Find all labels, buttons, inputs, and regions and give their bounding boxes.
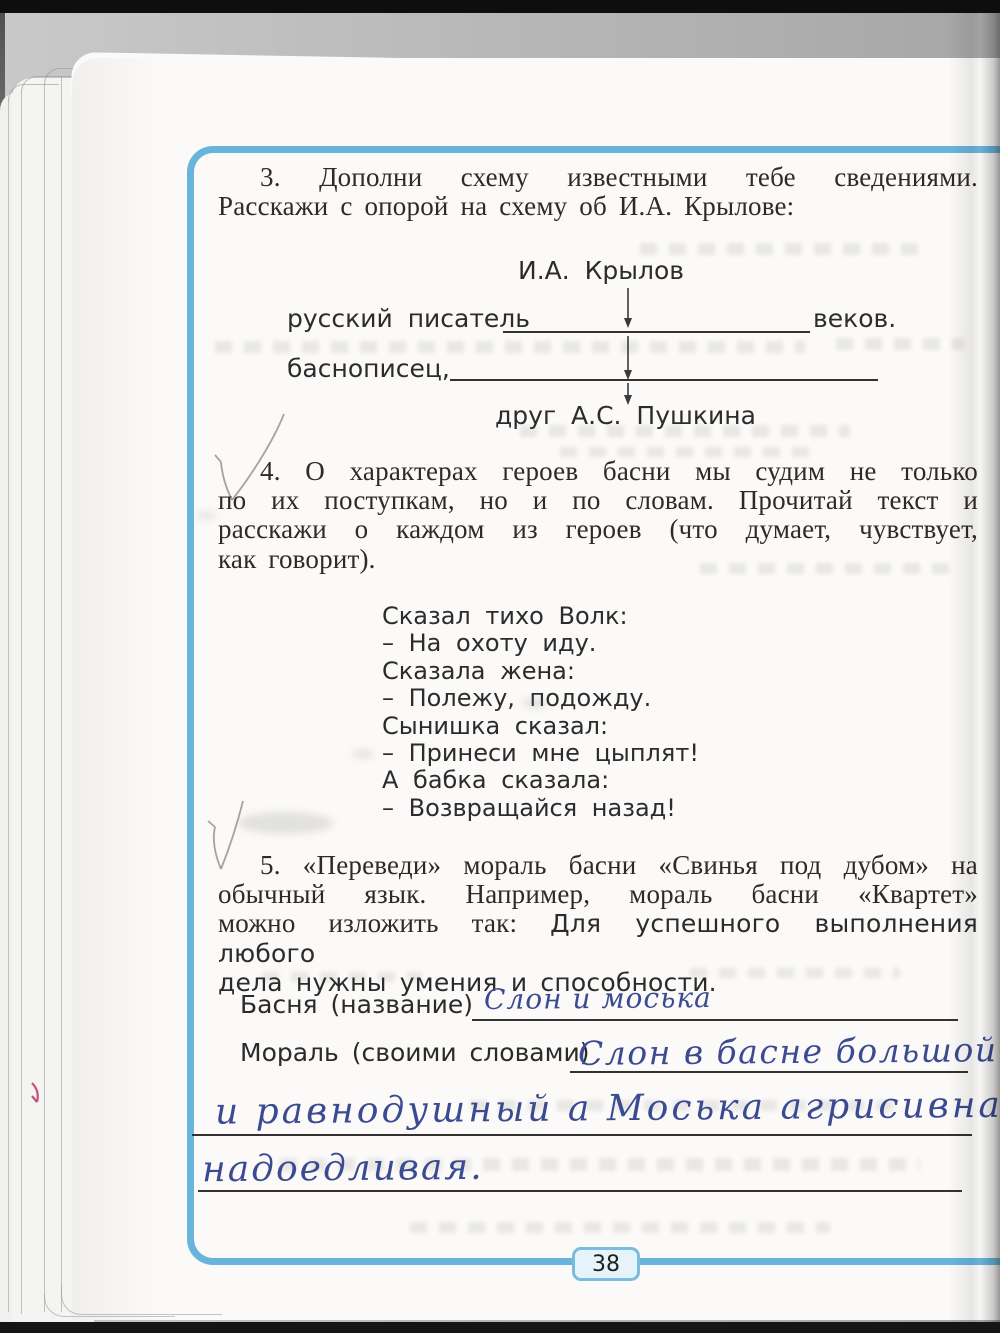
print-bleed-through <box>640 243 930 255</box>
pencil-smudge <box>238 812 333 834</box>
text-line: по их поступкам, но и по словам. Прочита… <box>218 486 978 515</box>
text-line: 4. О характерах героев басни мы судим не… <box>218 457 978 486</box>
print-bleed-through <box>410 1222 830 1233</box>
handwritten-moral-line: надоедливая. <box>202 1147 484 1190</box>
handwritten-fable-title: Слон и моська <box>484 981 712 1016</box>
arrow-down-icon <box>620 336 636 380</box>
ink-smudge <box>522 698 548 708</box>
dialogue-line: Сказала жена: <box>382 658 699 685</box>
text-line: как говорит). <box>218 545 978 574</box>
scheme-row1-suffix: веков. <box>813 304 896 333</box>
text-line: обычный язык. Например, мораль басни «Кв… <box>218 880 978 909</box>
answer-blank-line <box>472 1019 958 1021</box>
moral-label: Мораль (своими словами) <box>240 1038 589 1067</box>
answer-blank-line <box>570 1071 968 1073</box>
scheme-row2-label: баснописец, <box>287 354 450 383</box>
print-bleed-through <box>836 338 964 350</box>
handwritten-moral-line: и равнодушный а Моська агрисивная, <box>215 1084 1000 1132</box>
dialogue-line: – На охоту иду. <box>382 630 699 657</box>
page-edge-line <box>8 100 9 1312</box>
pink-pen-mark <box>26 1080 50 1108</box>
dialogue-line: – Принеси мне цыплят! <box>382 740 699 767</box>
handwritten-moral-line: Слон в басне большой <box>578 1030 998 1073</box>
page-right-edge-shadow <box>948 13 1000 1322</box>
scan-bottom-band <box>0 1322 1000 1333</box>
dialogue-line: – Возвращайся назад! <box>382 795 699 822</box>
text-line: можно изложить так: Для успешного выполн… <box>218 909 978 967</box>
scheme-row1-label: русский писатель <box>287 304 530 333</box>
text-line: 5. «Переведи» мораль басни «Свинья под д… <box>218 851 978 880</box>
scheme-bottom-label: друг А.С. Пушкина <box>495 401 756 430</box>
scheme-title: И.А. Крылов <box>518 256 684 285</box>
page-edge-line <box>21 92 22 1314</box>
exercise-4-instruction: 4. О характерах героев басни мы судим не… <box>218 457 978 574</box>
page-number: 38 <box>592 1252 620 1277</box>
answer-blank-line <box>198 1190 962 1192</box>
answer-blank-line <box>503 331 810 333</box>
answer-blank-line <box>192 1134 972 1136</box>
scanned-workbook-page: 3. Дополни схему известными тебе сведени… <box>0 0 1000 1333</box>
dialogue-line: Сынишка сказал: <box>382 713 699 740</box>
scan-top-band <box>0 0 1000 13</box>
exercise-3-instruction: 3. Дополни схему известными тебе сведени… <box>218 163 978 221</box>
text-line: расскажи о каждом из героев (что думает,… <box>218 515 978 544</box>
pencil-smudge <box>352 750 374 758</box>
fable-dialogue-text: Сказал тихо Волк: – На охоту иду. Сказал… <box>382 603 699 822</box>
dialogue-line: Сказал тихо Волк: <box>382 603 699 630</box>
text-line: 3. Дополни схему известными тебе сведени… <box>218 163 978 192</box>
fable-title-label: Басня (название) <box>240 990 473 1019</box>
arrow-down-icon <box>620 288 636 328</box>
page-edge-line <box>44 84 45 1312</box>
page-number-badge: 38 <box>572 1247 640 1281</box>
answer-blank-line <box>450 379 878 381</box>
pencil-smudge <box>196 512 216 519</box>
exercise-5-instruction: 5. «Переведи» мораль басни «Свинья под д… <box>218 851 978 997</box>
print-bleed-through <box>215 341 805 353</box>
text-line: Расскажи с опорой на схему об И.А. Крыло… <box>218 192 978 221</box>
page-corner-curve <box>61 1286 222 1315</box>
dialogue-line: А бабка сказала: <box>382 767 699 794</box>
page-edge-line <box>61 76 62 1312</box>
